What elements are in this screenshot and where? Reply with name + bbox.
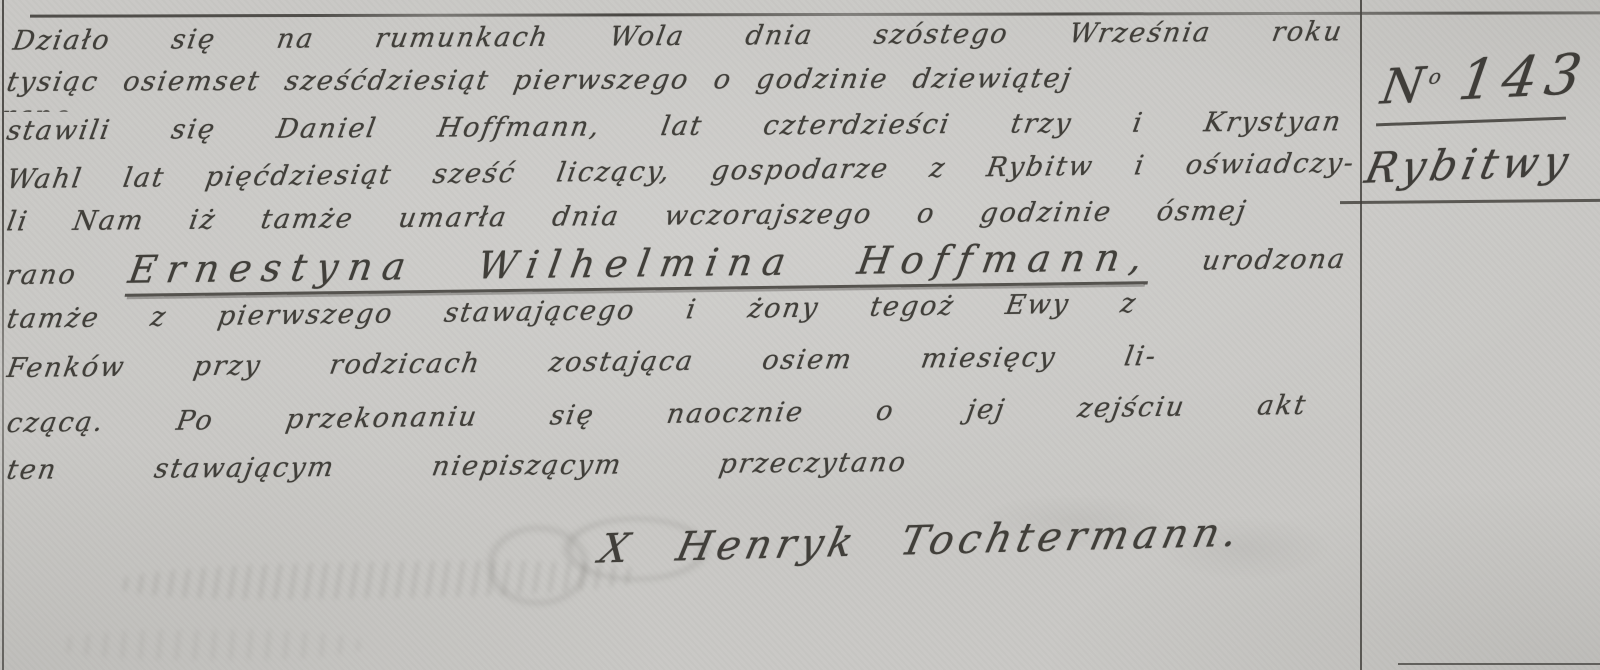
line-6-prefix: rano [4, 259, 80, 291]
registrar-signature: X Henryk Tochtermann. [595, 509, 1247, 572]
record-line-2: tysiąc osiemset sześćdziesiąt pierwszego… [2, 62, 1075, 112]
record-line-1: Działo się na rumunkach Wola dnia szóste… [8, 15, 1346, 70]
top-ruled-line [30, 11, 1600, 17]
line-6-suffix: urodzona [1200, 244, 1349, 277]
record-number-underline [1376, 117, 1566, 127]
record-line-9: czącą. Po przekonaniu się naocznie o jej… [2, 389, 1309, 453]
record-line-8: Fenków przy rodzicach zostająca osiem mi… [2, 340, 1160, 398]
margin-record-number: No 143 [1377, 42, 1594, 117]
record-number-value: 143 [1454, 42, 1593, 113]
margin-place-name: Rybitwy [1361, 136, 1578, 193]
ink-bleedthrough-mark [60, 630, 360, 660]
place-name-underline [1340, 199, 1600, 204]
registry-scan-page: Działo się na rumunkach Wola dnia szóste… [0, 0, 1600, 670]
deceased-name-underlined: Ernestyna Wilhelmina Hoffmann, [125, 235, 1156, 297]
record-number-ordinal: o [1427, 64, 1443, 89]
ink-bleedthrough-mark [120, 557, 641, 602]
record-number-label: N [1377, 57, 1432, 116]
record-line-10: ten stawającym niepiszącym przeczytano [2, 446, 910, 500]
margin-vertical-rule [1360, 0, 1362, 670]
bottom-ruled-line [1398, 663, 1600, 665]
